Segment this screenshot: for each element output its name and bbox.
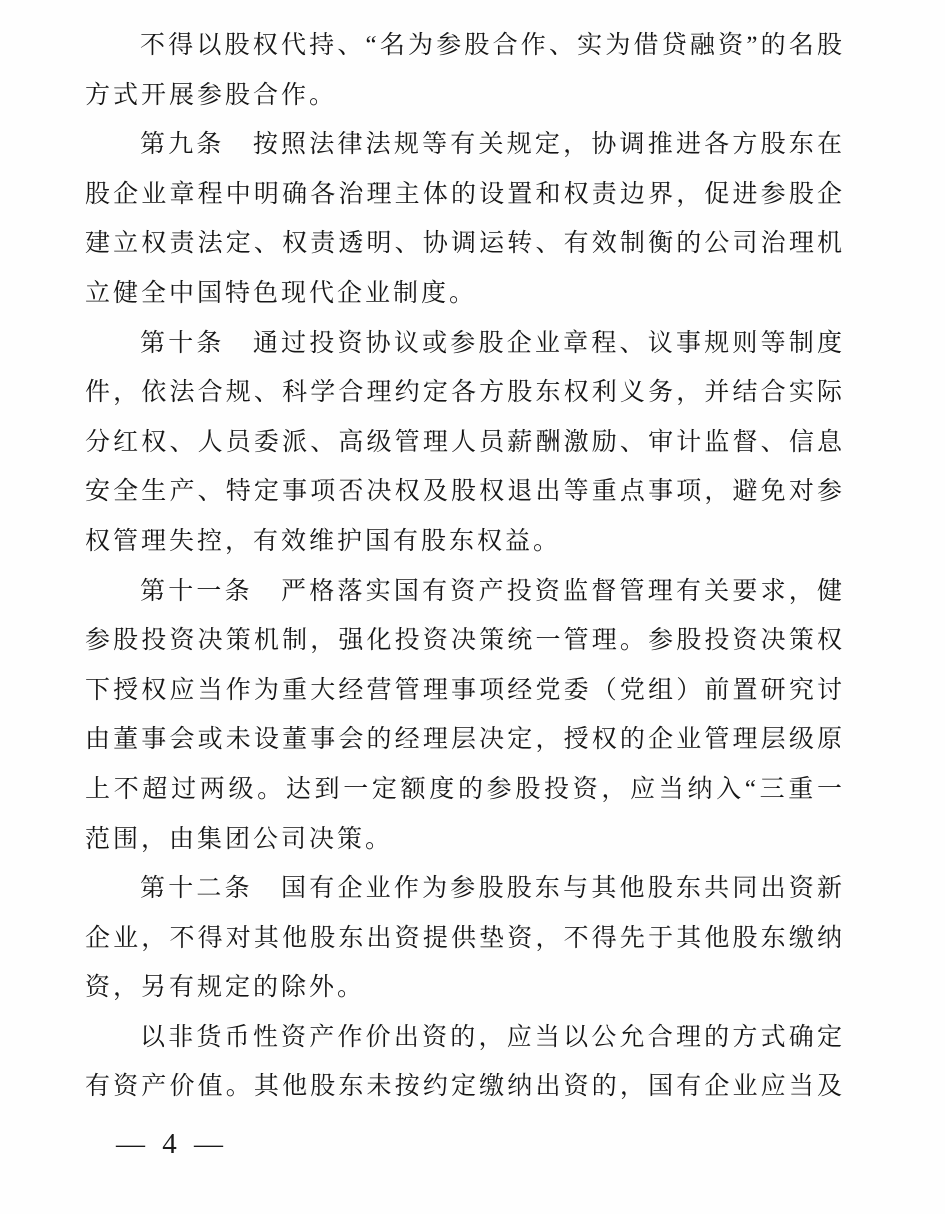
text-line: 不得以股权代持、“名为参股合作、实为借贷融资”的名股实债	[85, 21, 845, 71]
text-line: 第九条 按照法律法规等有关规定，协调推进各方股东在参	[85, 120, 845, 170]
text-line: 安全生产、特定事项否决权及股权退出等重点事项，避免对参股股	[85, 467, 845, 517]
text-line: 第十二条 国有企业作为参股股东与其他股东共同出资新设	[85, 864, 845, 914]
text-line: 参股投资决策机制，强化投资决策统一管理。参股投资决策权向	[85, 616, 845, 666]
text-line: 方式开展参股合作。	[85, 71, 845, 121]
page-number: — 4 —	[116, 1128, 223, 1161]
text-line: 范围，由集团公司决策。	[85, 815, 845, 865]
text-line: 企业，不得对其他股东出资提供垫资，不得先于其他股东缴纳出	[85, 914, 845, 964]
text-line: 资，另有规定的除外。	[85, 963, 845, 1013]
text-line: 第十一条 严格落实国有资产投资监督管理有关要求，健全	[85, 567, 845, 617]
text-line: 有资产价值。其他股东未按约定缴纳出资的，国有企业应当及时	[85, 1062, 845, 1112]
text-line: 第十条 通过投资协议或参股企业章程、议事规则等制度文	[85, 319, 845, 369]
text-line: 权管理失控，有效维护国有股东权益。	[85, 517, 845, 567]
text-line: 股企业章程中明确各治理主体的设置和权责边界，促进参股企业	[85, 170, 845, 220]
text-line: 由董事会或未设董事会的经理层决定，授权的企业管理层级原则	[85, 715, 845, 765]
text-line: 上不超过两级。达到一定额度的参股投资，应当纳入“三重一大”	[85, 765, 845, 815]
text-line: 建立权责法定、权责透明、协调运转、有效制衡的公司治理机制，建	[85, 219, 845, 269]
text-line: 立健全中国特色现代企业制度。	[85, 269, 845, 319]
document-lines: 不得以股权代持、“名为参股合作、实为借贷融资”的名股实债方式开展参股合作。第九条…	[85, 21, 845, 1112]
text-line: 分红权、人员委派、高级管理人员薪酬激励、审计监督、信息披露、	[85, 418, 845, 468]
text-line: 件，依法合规、科学合理约定各方股东权利义务，并结合实际明确	[85, 368, 845, 418]
document-page: 不得以股权代持、“名为参股合作、实为借贷融资”的名股实债方式开展参股合作。第九条…	[0, 0, 945, 1214]
text-line: 以非货币性资产作价出资的，应当以公允合理的方式确定国	[85, 1013, 845, 1063]
text-line: 下授权应当作为重大经营管理事项经党委（党组）前置研究讨论，	[85, 666, 845, 716]
